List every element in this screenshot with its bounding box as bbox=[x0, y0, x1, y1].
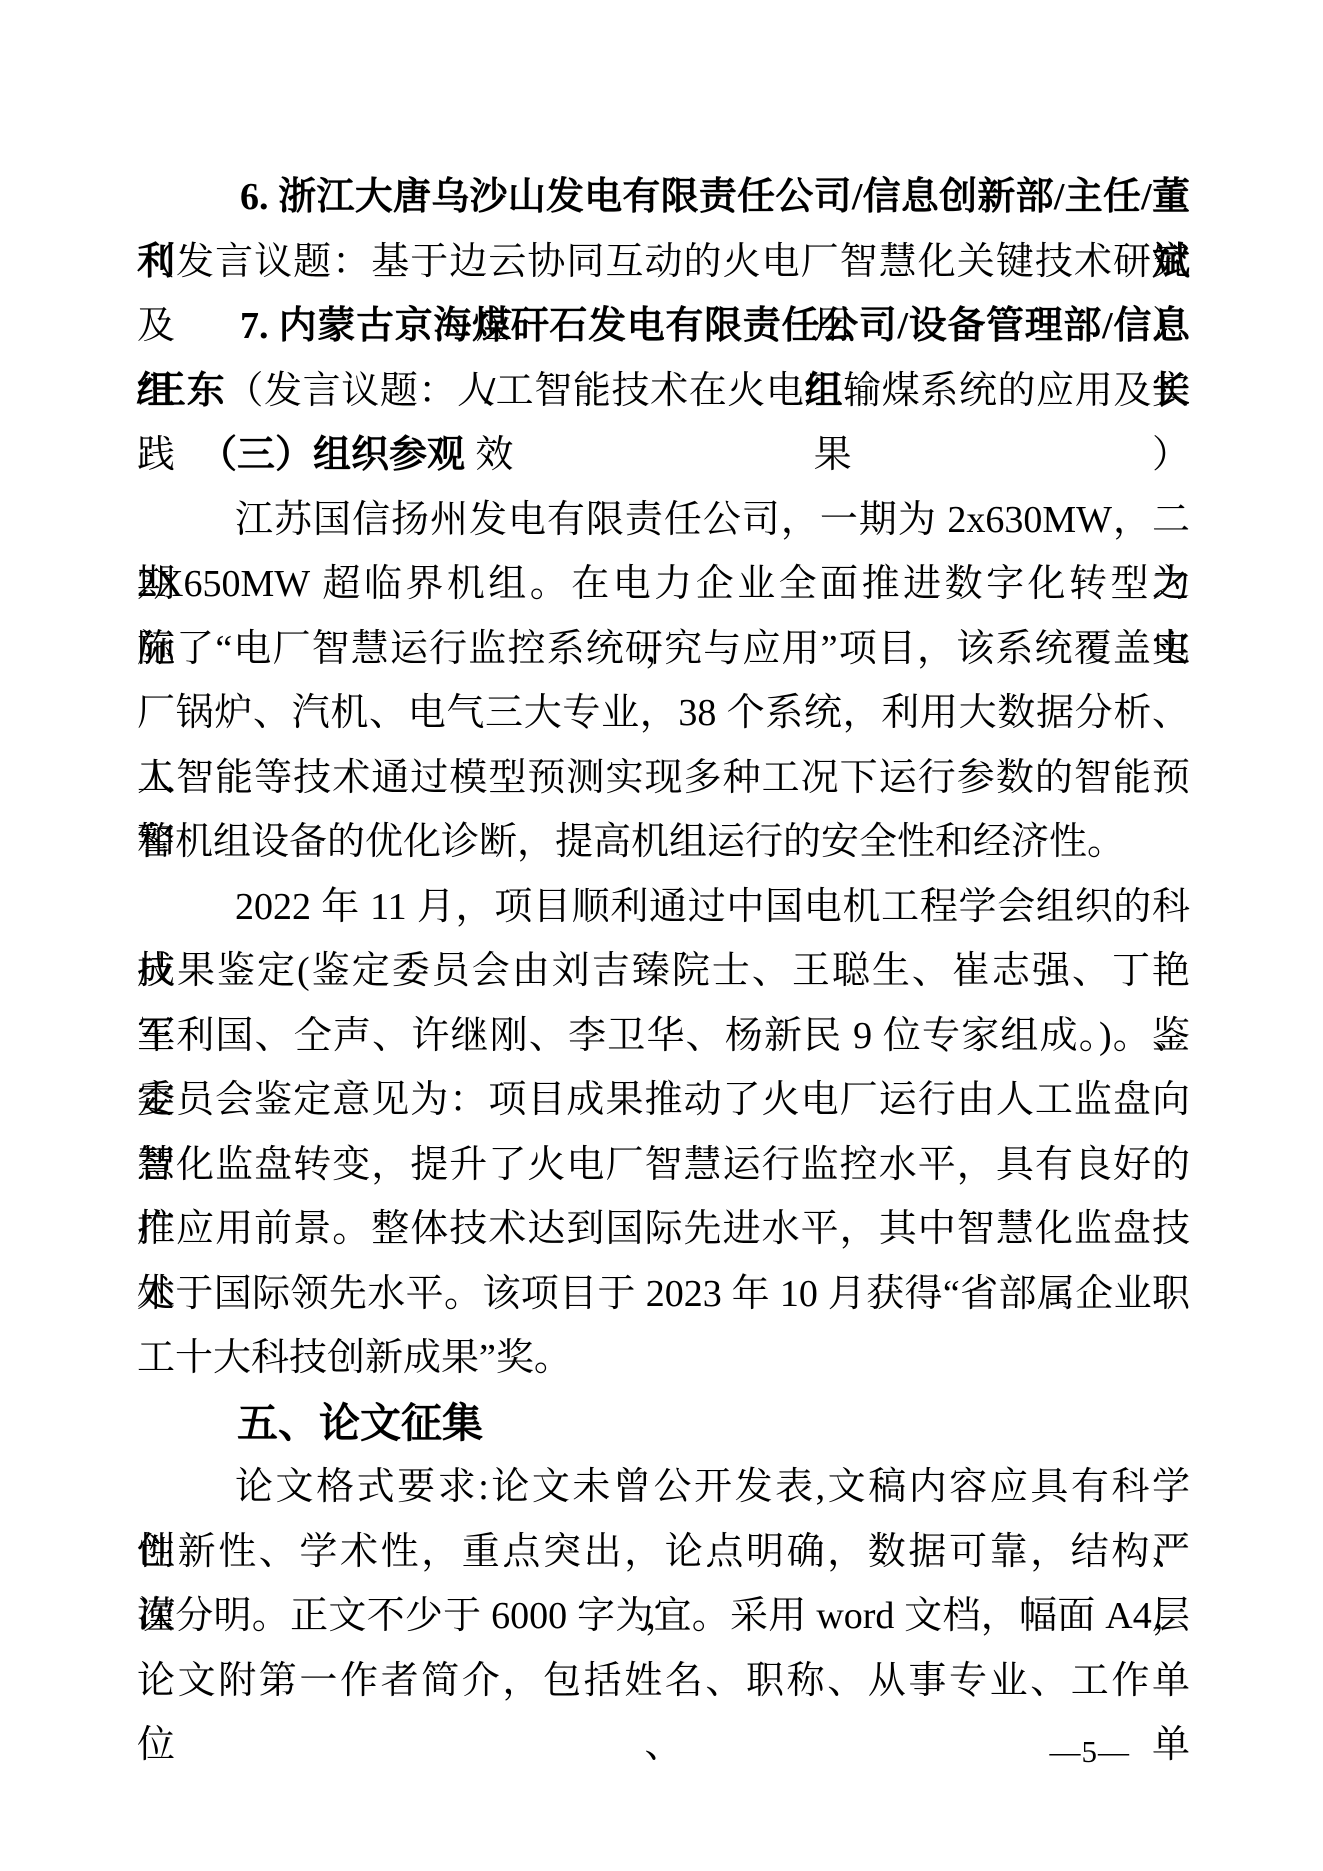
text-segment: 次分明。正文不少于 6000 字为宜。采用 word 文档，幅面 A4， bbox=[137, 1595, 1190, 1637]
text-line: （发言议题：基于边云协同互动的火电厂智慧化关键技术研究及应用） bbox=[137, 230, 1190, 295]
text-line: 创新性、学术性，重点突出，论点明确，数据可靠，结构严谨，层 bbox=[137, 1520, 1190, 1585]
text-segment: 施了“电厂智慧运行监控系统研究与应用”项目，该系统覆盖电 bbox=[137, 628, 1190, 670]
text-line: 成果鉴定(鉴定委员会由刘吉臻院士、王聪生、崔志强、丁艳军、 bbox=[137, 939, 1190, 1004]
text-line: 慧化监盘转变，提升了火电厂智慧运行监控水平，具有良好的推 bbox=[137, 1133, 1190, 1198]
text-line: 施了“电厂智慧运行监控系统研究与应用”项目，该系统覆盖电 bbox=[137, 617, 1190, 682]
text-line: 厂锅炉、汽机、电气三大专业，38 个系统，利用大数据分析、人 bbox=[137, 681, 1190, 746]
text-line: 江苏国信扬州发电有限责任公司，一期为 2x630MW，二期为 bbox=[137, 488, 1190, 553]
text-line: 2022 年 11 月，项目顺利通过中国电机工程学会组织的科技 bbox=[137, 875, 1190, 940]
text-line: 王利国、仝声、许继刚、李卫华、杨新民 9 位专家组成。)。鉴定 bbox=[137, 1004, 1190, 1069]
text-line: 委员会鉴定意见为：项目成果推动了火电厂运行由人工监盘向智 bbox=[137, 1068, 1190, 1133]
text-line: 和机组设备的优化诊断，提高机组运行的安全性和经济性。 bbox=[137, 810, 1190, 875]
text-line: 7. 内蒙古京海煤矸石发电有限责任公司/设备管理部/信息组/组长 bbox=[137, 294, 1190, 359]
page-number: —5— bbox=[1050, 1732, 1131, 1772]
document-page: 6. 浙江大唐乌沙山发电有限责任公司/信息创新部/主任/董利斌（发言议题：基于边… bbox=[0, 0, 1323, 1871]
text-segment: 论文附第一作者简介，包括姓名、职称、从事专业、工作单位、单 bbox=[137, 1660, 1190, 1767]
text-segment: 工十大科技创新成果”奖。 bbox=[137, 1337, 572, 1379]
text-line: /王东（发言议题：人工智能技术在火电厂输煤系统的应用及实践效果） bbox=[137, 359, 1190, 424]
text-segment: （三）组织参观 bbox=[199, 434, 465, 476]
text-line: 工十大科技创新成果”奖。 bbox=[137, 1326, 1190, 1391]
text-segment: /王东 bbox=[137, 370, 225, 412]
text-line: 广应用前景。整体技术达到国际先进水平，其中智慧化监盘技术 bbox=[137, 1197, 1190, 1262]
text-segment: 和机组设备的优化诊断，提高机组运行的安全性和经济性。 bbox=[137, 821, 1125, 863]
text-line: 论文附第一作者简介，包括姓名、职称、从事专业、工作单位、单 bbox=[137, 1649, 1190, 1714]
text-segment: 五、论文征集 bbox=[237, 1400, 483, 1446]
text-line: 2X650MW 超临界机组。在电力企业全面推进数字化转型之际，实 bbox=[137, 552, 1190, 617]
text-line: 论文格式要求:论文未曾公开发表,文稿内容应具有科学性、 bbox=[137, 1455, 1190, 1520]
text-line: 6. 浙江大唐乌沙山发电有限责任公司/信息创新部/主任/董利斌 bbox=[137, 165, 1190, 230]
text-line: 处于国际领先水平。该项目于 2023 年 10 月获得“省部属企业职 bbox=[137, 1262, 1190, 1327]
text-segment: 处于国际领先水平。该项目于 2023 年 10 月获得“省部属企业职 bbox=[137, 1273, 1190, 1315]
text-line: 五、论文征集 bbox=[137, 1391, 1190, 1456]
text-line: 工智能等技术通过模型预测实现多种工况下运行参数的智能预警 bbox=[137, 746, 1190, 811]
text-line: 次分明。正文不少于 6000 字为宜。采用 word 文档，幅面 A4， bbox=[137, 1584, 1190, 1649]
document-content: 6. 浙江大唐乌沙山发电有限责任公司/信息创新部/主任/董利斌（发言议题：基于边… bbox=[137, 165, 1190, 1713]
